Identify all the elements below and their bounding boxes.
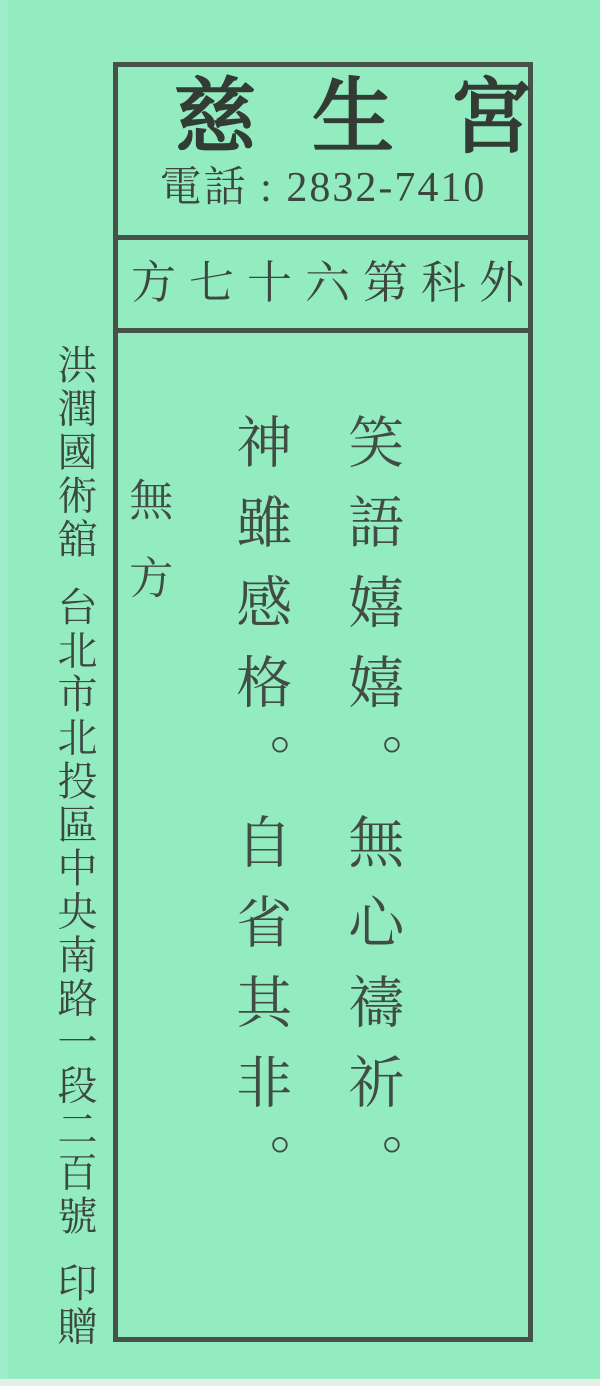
poem-line-2: 神雖感格。自省其非。	[231, 413, 287, 1337]
temple-header-section: 慈生宮 電話 : 2832-7410	[118, 67, 528, 240]
poem-section: 笑語嬉嬉。無心禱祈。 神雖感格。自省其非。 無方	[118, 333, 528, 1337]
slip-frame: 慈生宮 電話 : 2832-7410 方七十六第科外 笑語嬉嬉。無心禱祈。 神雖…	[113, 62, 533, 1342]
scan-edge-bottom	[0, 1379, 600, 1386]
donor-address: 台北市北投區中央南路一段二百號	[52, 586, 97, 1239]
scan-edge-left	[0, 0, 8, 1386]
donor-suffix: 印贈	[52, 1262, 97, 1349]
fortune-slip-sheet: 慈生宮 電話 : 2832-7410 方七十六第科外 笑語嬉嬉。無心禱祈。 神雖…	[0, 0, 600, 1386]
poem-flow: 笑語嬉嬉。無心禱祈。 神雖感格。自省其非。 無方	[118, 333, 463, 1337]
prescription-note: 無方	[118, 477, 175, 1337]
poem-line-1: 笑語嬉嬉。無心禱祈。	[343, 413, 399, 1337]
phone-line: 電話 : 2832-7410	[118, 167, 528, 209]
donor-column: 洪潤國術舘台北市北投區中央南路一段二百號印贈	[51, 344, 97, 1349]
category-label: 方七十六第科外	[118, 240, 528, 326]
donor-organization: 洪潤國術舘	[52, 344, 97, 562]
temple-name: 慈生宮	[118, 77, 528, 159]
category-section: 方七十六第科外	[118, 240, 528, 333]
